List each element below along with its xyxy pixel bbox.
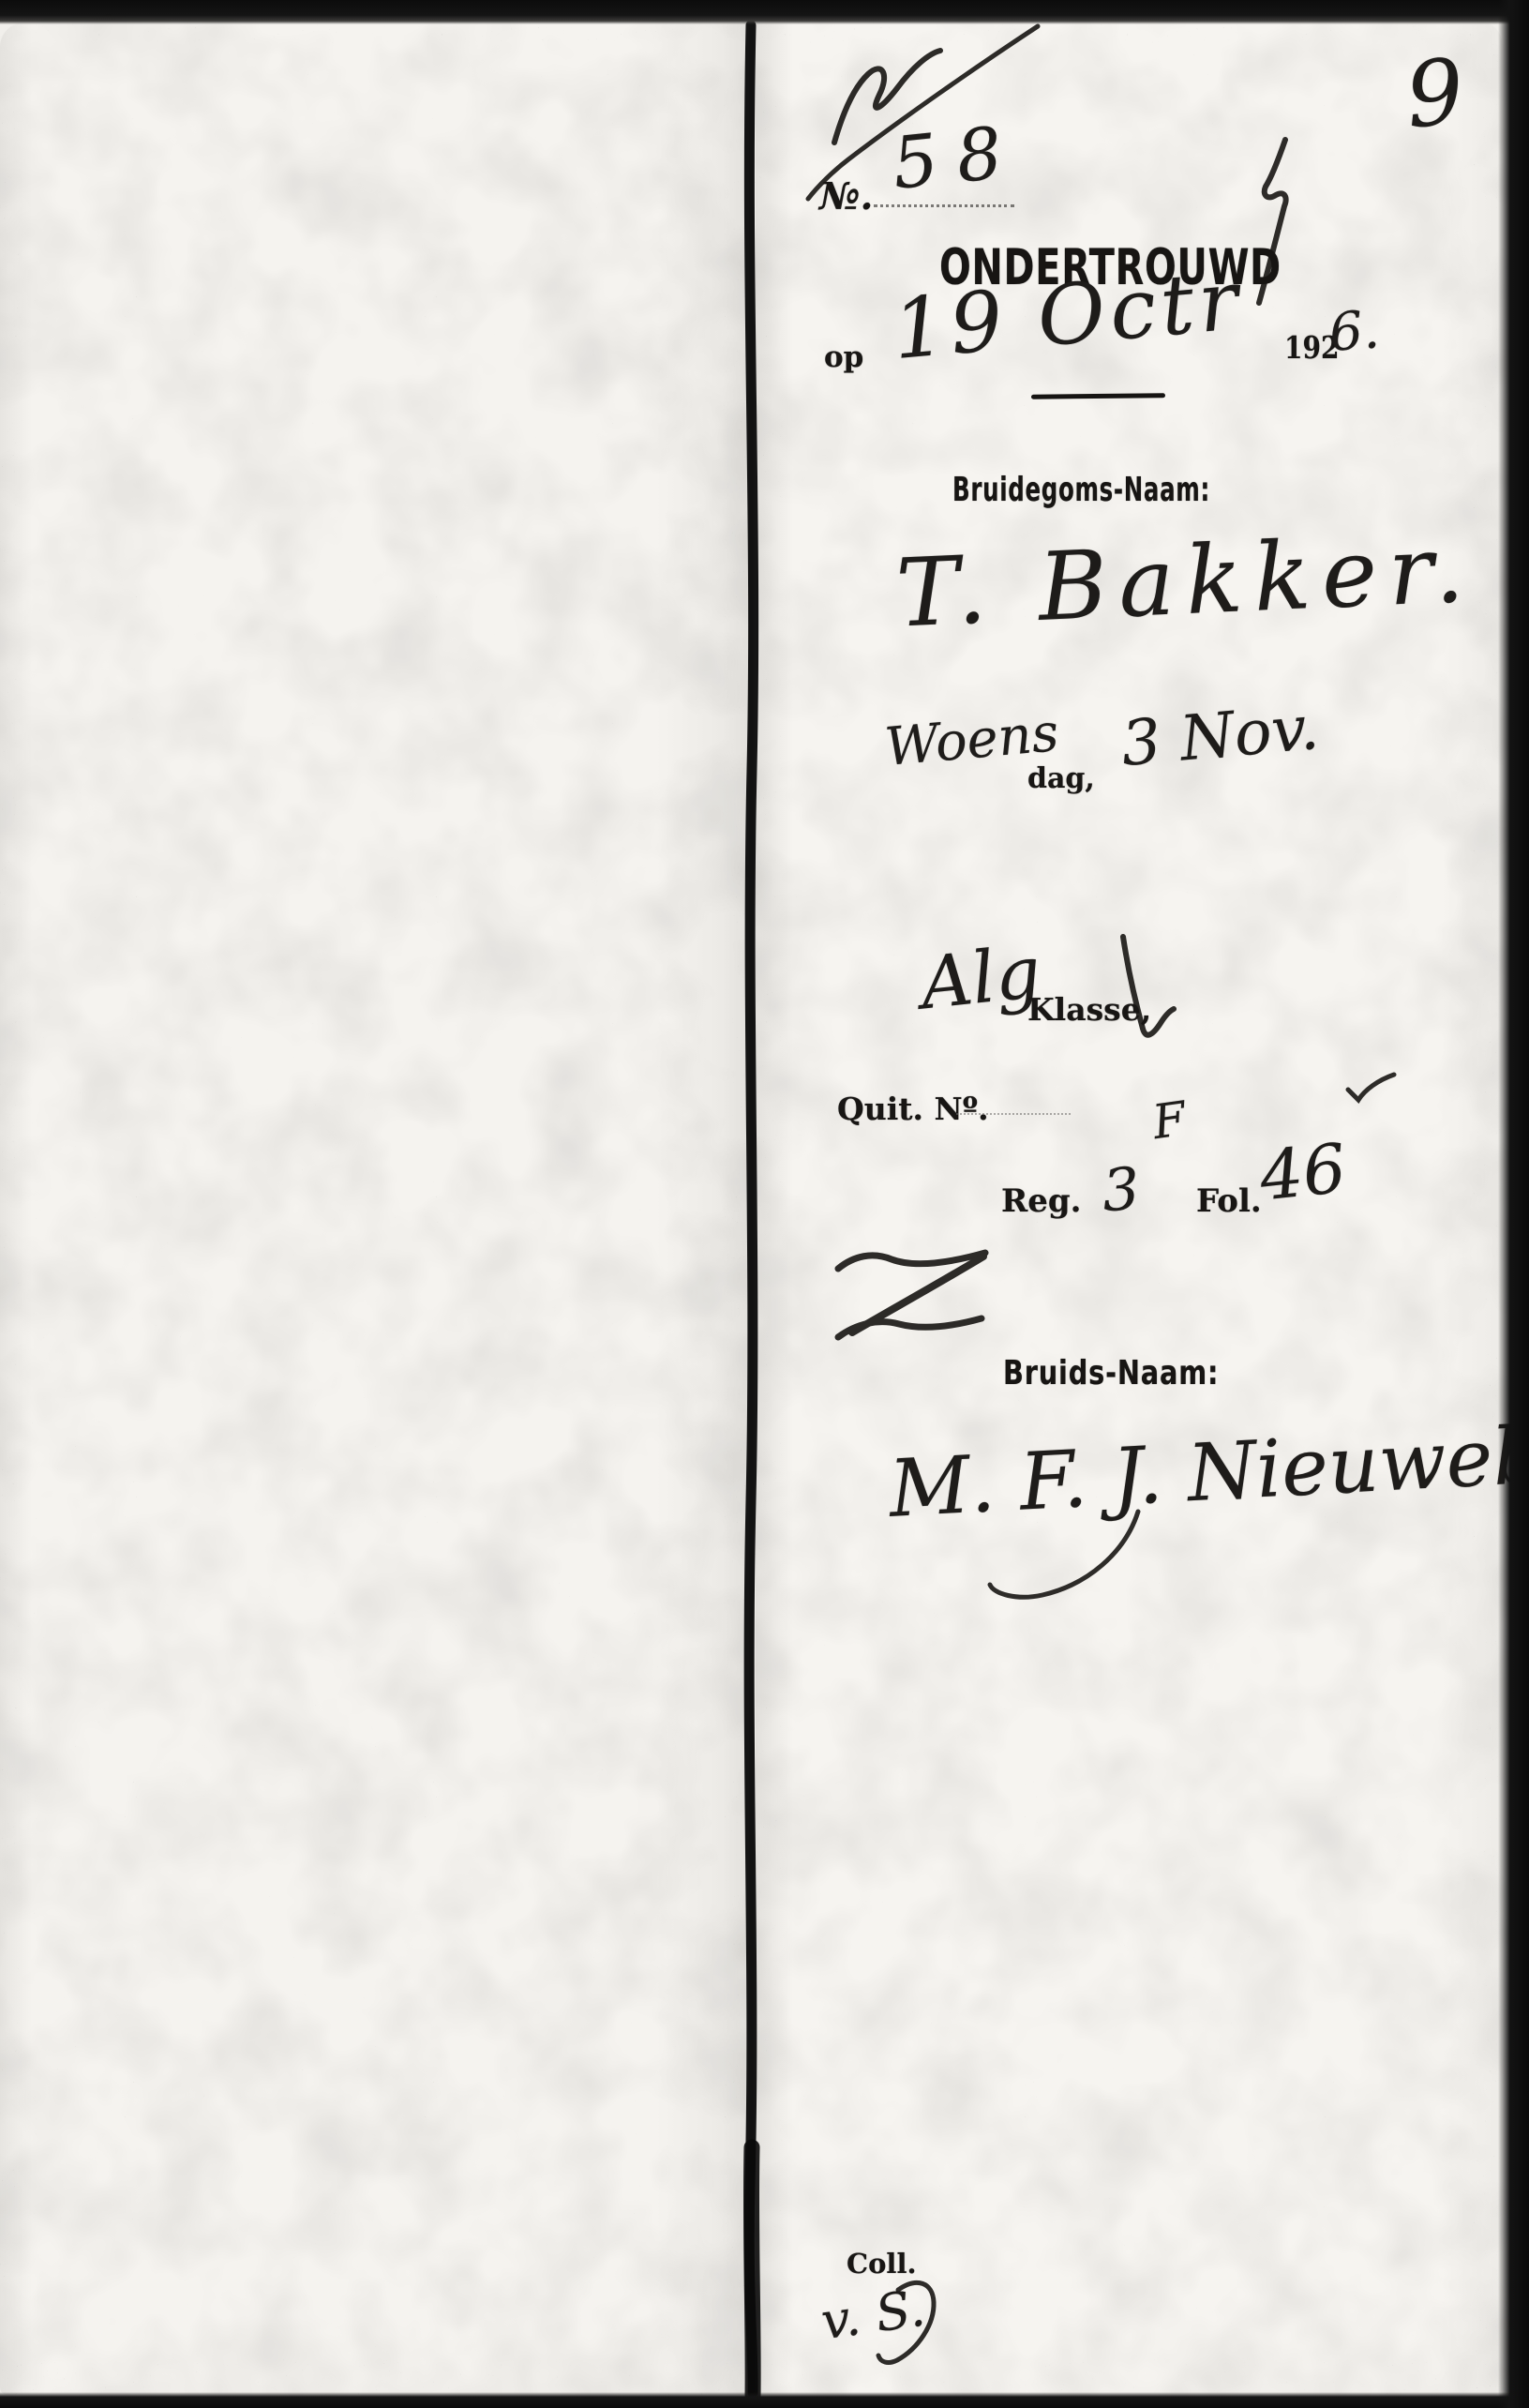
book-fold-shadow [749,25,753,2395]
register-label: Reg. [1001,1185,1082,1217]
collation-label: Coll. [847,2250,917,2278]
date-prefix-label: op [824,343,863,372]
folio-value-handwritten: 46 [1256,1134,1349,1210]
scanned-register-page: 9 №. 58 ONDERTROUWD op 19 Octr 192 6. Br… [0,0,1529,2408]
quit-number-dotted-line [956,1110,1071,1115]
quit-number-label: Quit. Nº. [837,1093,989,1124]
scan-edge-top [0,0,1529,24]
record-number-label: №. [819,178,873,216]
register-superscript-mark: F [1150,1095,1189,1146]
bride-name-label: Bruids-Naam: [1003,1357,1273,1391]
scan-edge-bottom [0,2392,1529,2408]
groom-name-label: Bruidegoms-Naam: [952,474,1331,507]
wedding-day-suffix-printed: dag, [1027,765,1095,793]
left-blank-page [0,23,748,2395]
wedding-date-handwritten: 3 Nov. [1119,697,1322,775]
year-handwritten: 6. [1327,304,1381,360]
page-number: 9 [1402,47,1467,142]
record-number-dotted-line [874,201,1014,207]
klasse-value-handwritten: Alg [917,937,1043,1020]
record-number-value: 58 [889,115,1024,200]
scan-edge-right [1498,0,1529,2408]
collation-paraph: v. S. [818,2283,928,2348]
groom-name-handwritten: T. Bakker. [894,522,1477,641]
folio-label: Fol. [1196,1185,1262,1217]
register-value-handwritten: 3 [1101,1160,1142,1221]
klasse-label: Klasse, [1027,994,1151,1025]
